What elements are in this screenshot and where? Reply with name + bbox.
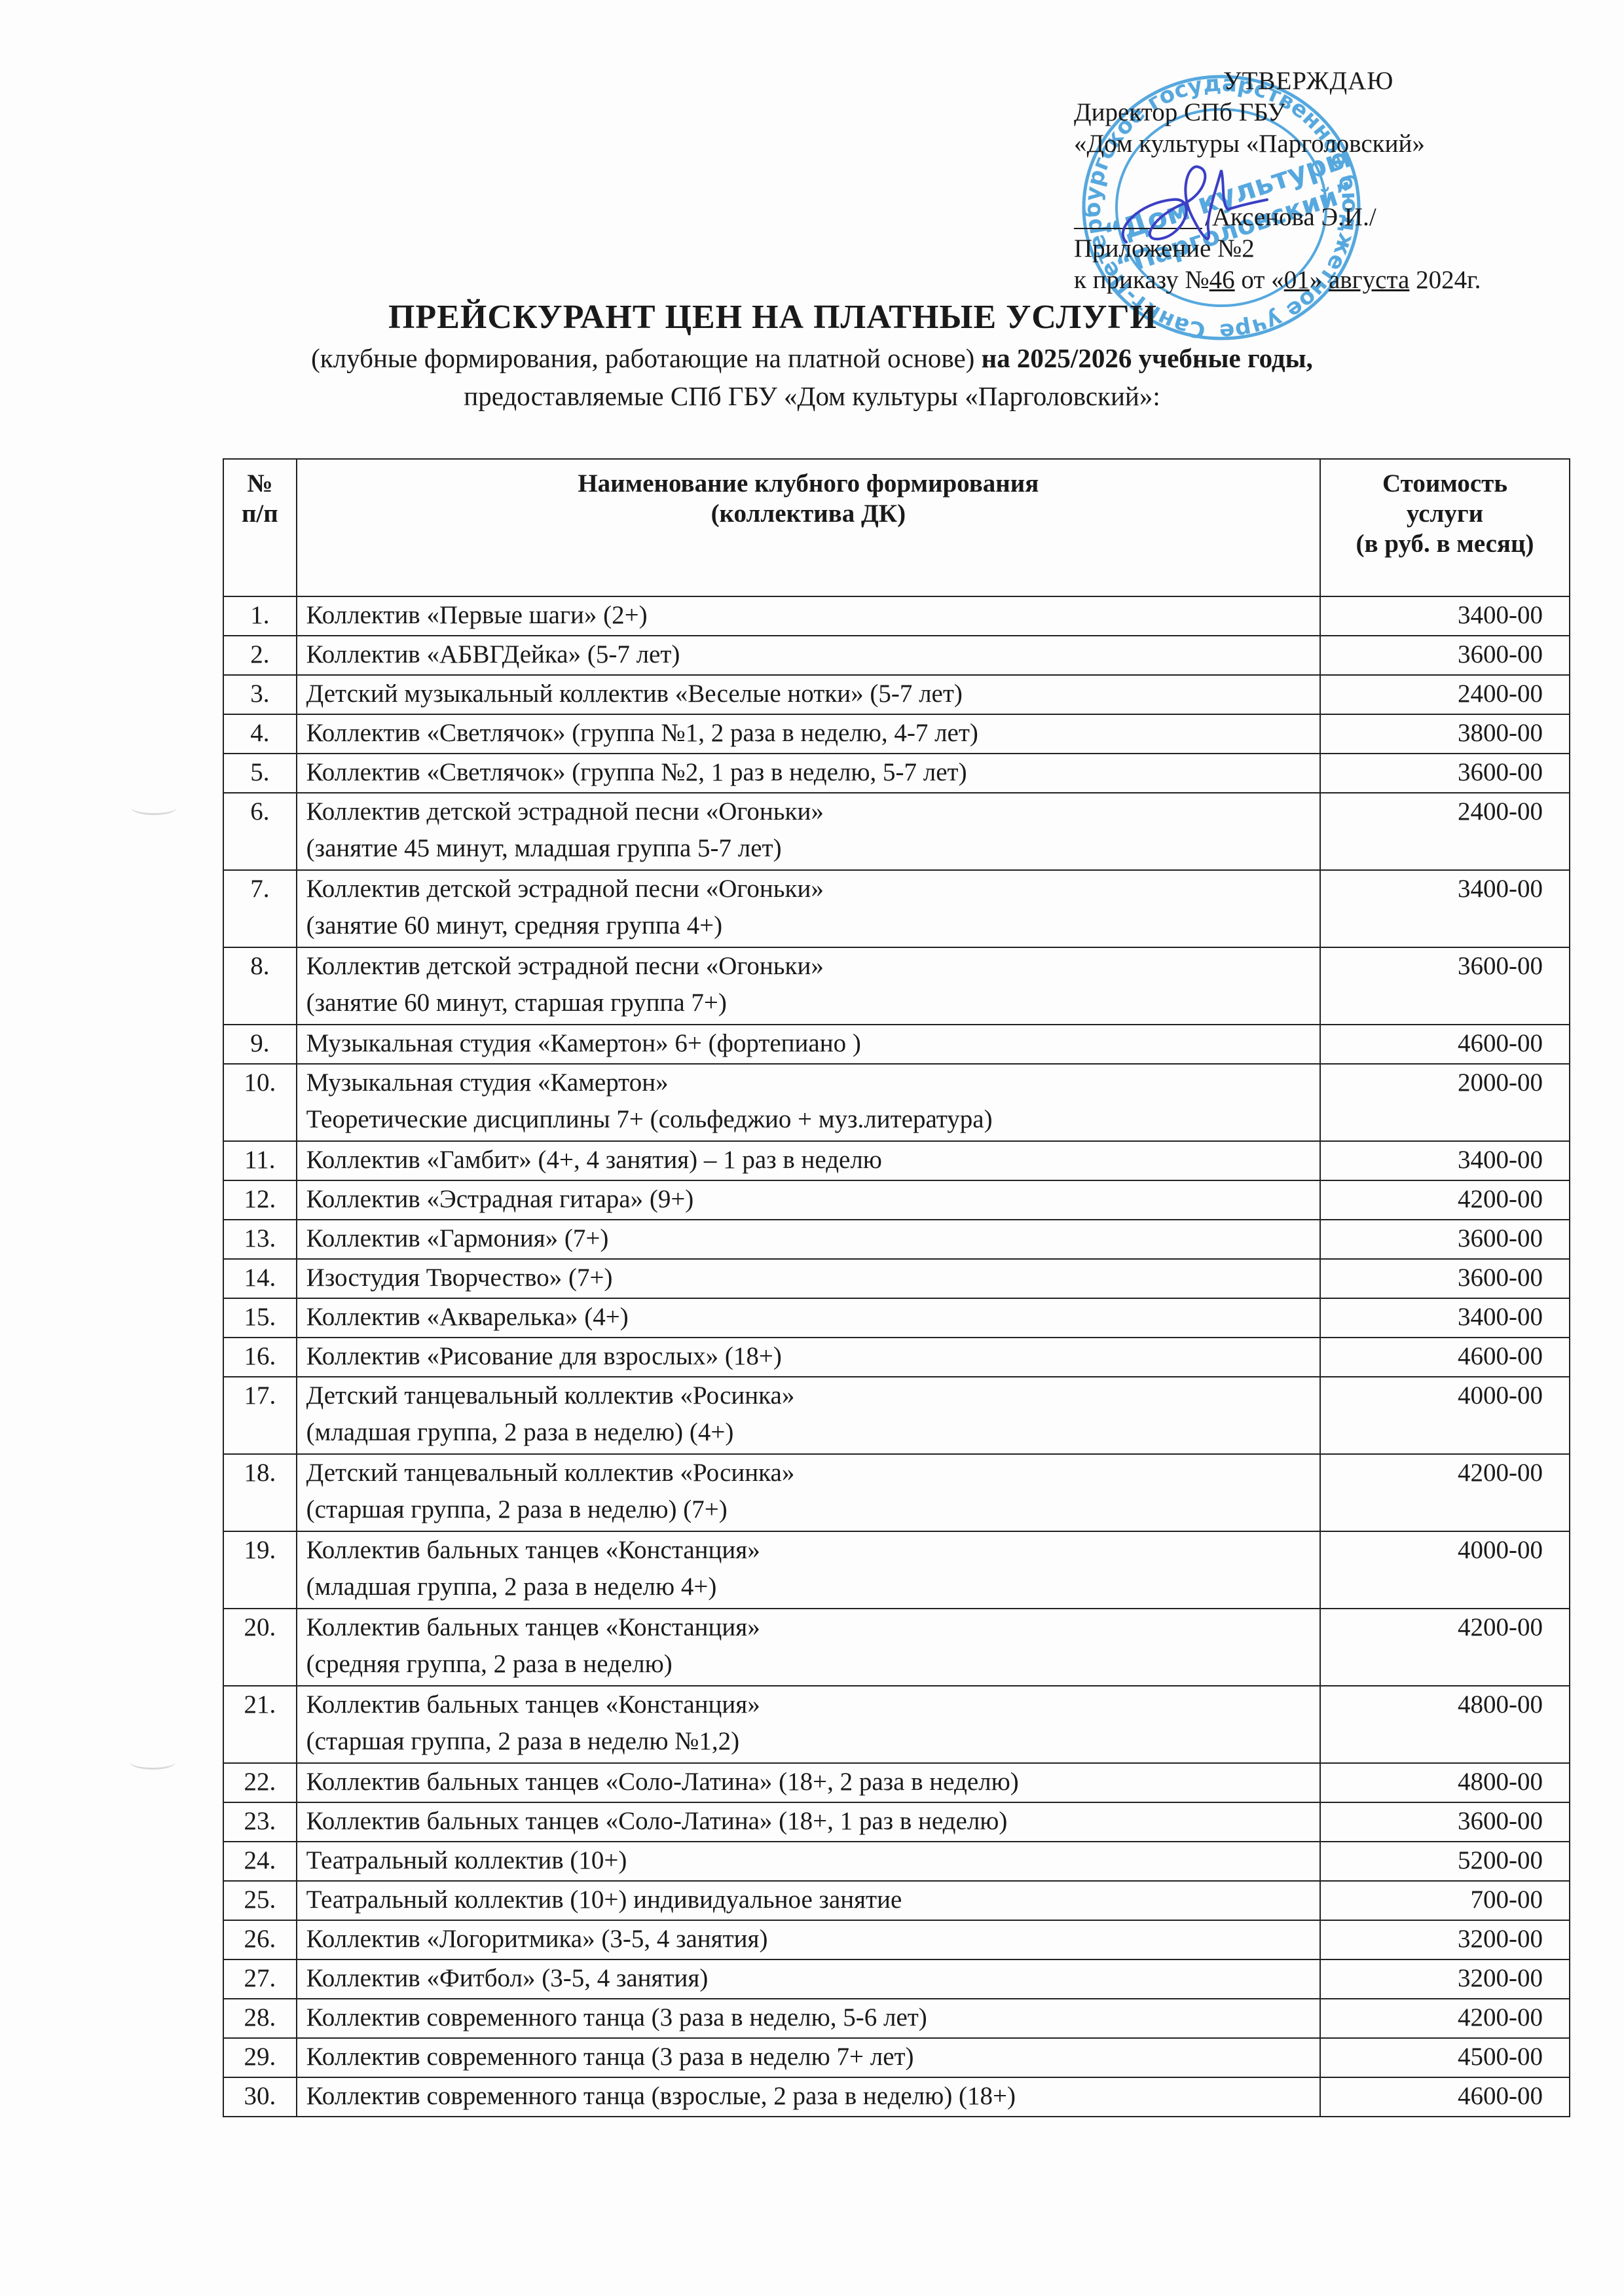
row-price: 2000-00 — [1320, 1064, 1570, 1141]
table-row: 5.Коллектив «Светлячок» (группа №2, 1 ра… — [223, 754, 1570, 793]
table-row: 29.Коллектив современного танца (3 раза … — [223, 2038, 1570, 2077]
row-price: 3600-00 — [1320, 1802, 1570, 1842]
row-number: 29. — [223, 2038, 297, 2077]
row-number: 21. — [223, 1686, 297, 1763]
row-price: 5200-00 — [1320, 1842, 1570, 1881]
row-name: Коллектив «Логоритмика» (3-5, 4 занятия) — [306, 1925, 768, 1953]
row-name: Музыкальная студия «Камертон» 6+ (фортеп… — [306, 1029, 861, 1057]
row-name-cell: Театральный коллектив (10+) — [297, 1842, 1320, 1881]
document-subtitle-line2: предоставляемые СПб ГБУ «Дом культуры «П… — [0, 377, 1624, 415]
row-number: 6. — [223, 793, 297, 870]
row-name-cell: Изостудия Творчество» (7+) — [297, 1259, 1320, 1298]
row-name: Коллектив бальных танцев «Соло-Латина» (… — [306, 1807, 1008, 1835]
row-name-detail: (средняя группа, 2 раза в неделю) — [306, 1646, 1319, 1683]
row-number: 24. — [223, 1842, 297, 1881]
row-name-cell: Коллектив «Светлячок» (группа №1, 2 раза… — [297, 714, 1320, 754]
order-number: 46 — [1209, 266, 1235, 294]
row-name-cell: Коллектив «Фитбол» (3-5, 4 занятия) — [297, 1959, 1320, 1999]
approval-position-line2: «Дом культуры «Парголовский» — [1074, 128, 1598, 160]
row-number: 1. — [223, 596, 297, 636]
row-name-cell: Коллектив бальных танцев «Констанция»(ср… — [297, 1609, 1320, 1686]
row-name-cell: Театральный коллектив (10+) индивидуальн… — [297, 1881, 1320, 1920]
table-row: 26.Коллектив «Логоритмика» (3-5, 4 занят… — [223, 1920, 1570, 1959]
table-row: 30.Коллектив современного танца (взрослы… — [223, 2077, 1570, 2117]
row-number: 12. — [223, 1180, 297, 1220]
table-row: 19.Коллектив бальных танцев «Констанция»… — [223, 1531, 1570, 1609]
row-price: 4200-00 — [1320, 1999, 1570, 2038]
row-number: 27. — [223, 1959, 297, 1999]
column-header-name: Наименование клубного формирования (колл… — [297, 459, 1320, 596]
row-name-cell: Коллектив «Гармония» (7+) — [297, 1220, 1320, 1259]
document-subtitle: (клубные формирования, работающие на пла… — [0, 339, 1624, 377]
row-price: 3400-00 — [1320, 1141, 1570, 1180]
table-body: 1.Коллектив «Первые шаги» (2+)3400-002.К… — [223, 596, 1570, 2117]
row-name-detail: (занятие 45 минут, младшая группа 5-7 ле… — [306, 830, 1319, 867]
row-price: 2400-00 — [1320, 675, 1570, 714]
table-row: 7.Коллектив детской эстрадной песни «Ого… — [223, 870, 1570, 947]
row-price: 3800-00 — [1320, 714, 1570, 754]
row-price: 4200-00 — [1320, 1454, 1570, 1531]
row-name-cell: Музыкальная студия «Камертон» 6+ (фортеп… — [297, 1025, 1320, 1064]
row-name: Коллектив «Светлячок» (группа №2, 1 раз … — [306, 758, 967, 786]
row-number: 4. — [223, 714, 297, 754]
table-row: 9.Музыкальная студия «Камертон» 6+ (форт… — [223, 1025, 1570, 1064]
row-name: Коллектив «Эстрадная гитара» (9+) — [306, 1185, 694, 1213]
row-number: 28. — [223, 1999, 297, 2038]
table-row: 16.Коллектив «Рисование для взрослых» (1… — [223, 1338, 1570, 1377]
punch-hole-top — [131, 800, 177, 815]
table-row: 23.Коллектив бальных танцев «Соло-Латина… — [223, 1802, 1570, 1842]
row-name: Коллектив бальных танцев «Соло-Латина» (… — [306, 1768, 1019, 1796]
row-number: 26. — [223, 1920, 297, 1959]
row-name-cell: Коллектив современного танца (3 раза в н… — [297, 2038, 1320, 2077]
table-row: 20.Коллектив бальных танцев «Констанция»… — [223, 1609, 1570, 1686]
row-price: 4200-00 — [1320, 1180, 1570, 1220]
row-number: 23. — [223, 1802, 297, 1842]
order-year: 2024г. — [1416, 266, 1481, 294]
table-header-row: № п/п Наименование клубного формирования… — [223, 459, 1570, 596]
table-row: 6.Коллектив детской эстрадной песни «Ого… — [223, 793, 1570, 870]
row-name-cell: Коллектив современного танца (взрослые, … — [297, 2077, 1320, 2117]
row-number: 17. — [223, 1377, 297, 1454]
approval-title: УТВЕРЖДАЮ — [1074, 65, 1598, 97]
row-price: 4200-00 — [1320, 1609, 1570, 1686]
row-name-detail: (младшая группа, 2 раза в неделю 4+) — [306, 1569, 1319, 1605]
punch-hole-bottom — [130, 1755, 175, 1770]
table-row: 3.Детский музыкальный коллектив «Веселые… — [223, 675, 1570, 714]
row-name: Коллектив «Фитбол» (3-5, 4 занятия) — [306, 1964, 709, 1992]
table-row: 10.Музыкальная студия «Камертон»Теоретич… — [223, 1064, 1570, 1141]
row-name: Коллектив детской эстрадной песни «Огонь… — [306, 875, 824, 903]
row-name-cell: Коллектив «Акварелька» (4+) — [297, 1298, 1320, 1338]
table-row: 28.Коллектив современного танца (3 раза … — [223, 1999, 1570, 2038]
column-header-number: № п/п — [223, 459, 297, 596]
row-price: 4600-00 — [1320, 1025, 1570, 1064]
row-number: 18. — [223, 1454, 297, 1531]
row-number: 9. — [223, 1025, 297, 1064]
row-name-detail: Теоретические дисциплины 7+ (сольфеджио … — [306, 1101, 1319, 1138]
row-name: Коллектив современного танца (3 раза в н… — [306, 2003, 927, 2032]
signature-icon — [1113, 164, 1270, 255]
row-name: Детский музыкальный коллектив «Веселые н… — [306, 680, 963, 708]
table-row: 14.Изостудия Творчество» (7+)3600-00 — [223, 1259, 1570, 1298]
row-number: 22. — [223, 1763, 297, 1802]
row-price: 4600-00 — [1320, 2077, 1570, 2117]
row-name-cell: Детский танцевальный коллектив «Росинка»… — [297, 1377, 1320, 1454]
row-name: Музыкальная студия «Камертон» — [306, 1068, 669, 1097]
row-name-cell: Коллектив бальных танцев «Констанция»(ст… — [297, 1686, 1320, 1763]
row-name: Коллектив «Первые шаги» (2+) — [306, 601, 648, 629]
row-name: Театральный коллектив (10+) — [306, 1846, 627, 1874]
row-price: 4600-00 — [1320, 1338, 1570, 1377]
row-name: Коллектив детской эстрадной песни «Огонь… — [306, 952, 824, 980]
row-name-cell: Коллектив «Гамбит» (4+, 4 занятия) – 1 р… — [297, 1141, 1320, 1180]
table-row: 21.Коллектив бальных танцев «Констанция»… — [223, 1686, 1570, 1763]
order-day: 01 — [1284, 266, 1310, 294]
row-price: 3600-00 — [1320, 1259, 1570, 1298]
row-name: Коллектив «Рисование для взрослых» (18+) — [306, 1342, 782, 1370]
row-name-cell: Коллектив детской эстрадной песни «Огонь… — [297, 947, 1320, 1025]
table-row: 25.Театральный коллектив (10+) индивидуа… — [223, 1881, 1570, 1920]
table-row: 17.Детский танцевальный коллектив «Росин… — [223, 1377, 1570, 1454]
row-name: Театральный коллектив (10+) индивидуальн… — [306, 1886, 902, 1914]
row-number: 2. — [223, 636, 297, 675]
row-number: 8. — [223, 947, 297, 1025]
row-name: Коллектив «Гармония» (7+) — [306, 1224, 609, 1252]
row-number: 20. — [223, 1609, 297, 1686]
column-header-price: Стоимость услуги (в руб. в месяц) — [1320, 459, 1570, 596]
row-number: 3. — [223, 675, 297, 714]
row-price: 4000-00 — [1320, 1377, 1570, 1454]
table-row: 11.Коллектив «Гамбит» (4+, 4 занятия) – … — [223, 1141, 1570, 1180]
row-price: 3600-00 — [1320, 754, 1570, 793]
table-row: 22.Коллектив бальных танцев «Соло-Латина… — [223, 1763, 1570, 1802]
row-price: 4800-00 — [1320, 1763, 1570, 1802]
row-name-cell: Коллектив детской эстрадной песни «Огонь… — [297, 870, 1320, 947]
row-name-cell: Коллектив современного танца (3 раза в н… — [297, 1999, 1320, 2038]
row-price: 3200-00 — [1320, 1920, 1570, 1959]
row-number: 14. — [223, 1259, 297, 1298]
row-number: 11. — [223, 1141, 297, 1180]
row-number: 13. — [223, 1220, 297, 1259]
row-price: 3400-00 — [1320, 870, 1570, 947]
row-name: Изостудия Творчество» (7+) — [306, 1264, 613, 1292]
document-title: ПРЕЙСКУРАНТ ЦЕН НА ПЛАТНЫЕ УСЛУГИ — [0, 296, 1624, 339]
row-number: 7. — [223, 870, 297, 947]
row-price: 4500-00 — [1320, 2038, 1570, 2077]
row-name: Коллектив детской эстрадной песни «Огонь… — [306, 797, 824, 826]
row-name: Коллектив бальных танцев «Констанция» — [306, 1613, 760, 1641]
row-name-cell: Коллектив бальных танцев «Констанция»(мл… — [297, 1531, 1320, 1609]
row-price: 3600-00 — [1320, 1220, 1570, 1259]
row-name: Коллектив «Светлячок» (группа №1, 2 раза… — [306, 719, 978, 747]
table-row: 12.Коллектив «Эстрадная гитара» (9+)4200… — [223, 1180, 1570, 1220]
row-name-detail: (младшая группа, 2 раза в неделю) (4+) — [306, 1414, 1319, 1451]
table-row: 15.Коллектив «Акварелька» (4+)3400-00 — [223, 1298, 1570, 1338]
row-price: 2400-00 — [1320, 793, 1570, 870]
row-price: 3400-00 — [1320, 596, 1570, 636]
row-name: Коллектив современного танца (взрослые, … — [306, 2082, 1016, 2110]
row-number: 15. — [223, 1298, 297, 1338]
document-page: Санкт-Петербургское государственное бюдж… — [0, 0, 1624, 2296]
row-name-cell: Коллектив «Первые шаги» (2+) — [297, 596, 1320, 636]
table-row: 24.Театральный коллектив (10+)5200-00 — [223, 1842, 1570, 1881]
row-name: Коллектив бальных танцев «Констанция» — [306, 1536, 760, 1564]
row-name-cell: Коллектив «Эстрадная гитара» (9+) — [297, 1180, 1320, 1220]
row-name-cell: Детский музыкальный коллектив «Веселые н… — [297, 675, 1320, 714]
row-price: 4000-00 — [1320, 1531, 1570, 1609]
row-name: Детский танцевальный коллектив «Росинка» — [306, 1381, 795, 1410]
price-table: № п/п Наименование клубного формирования… — [223, 458, 1570, 2117]
document-header: ПРЕЙСКУРАНТ ЦЕН НА ПЛАТНЫЕ УСЛУГИ (клубн… — [0, 296, 1624, 415]
row-name-detail: (занятие 60 минут, средняя группа 4+) — [306, 907, 1319, 944]
row-price: 4800-00 — [1320, 1686, 1570, 1763]
row-name-cell: Коллектив «АБВГДейка» (5-7 лет) — [297, 636, 1320, 675]
row-name-detail: (занятие 60 минут, старшая группа 7+) — [306, 985, 1319, 1021]
row-name: Коллектив бальных танцев «Констанция» — [306, 1690, 760, 1719]
row-number: 10. — [223, 1064, 297, 1141]
order-month: августа — [1329, 266, 1409, 294]
row-name-cell: Коллектив «Логоритмика» (3-5, 4 занятия) — [297, 1920, 1320, 1959]
row-name-detail: (старшая группа, 2 раза в неделю №1,2) — [306, 1723, 1319, 1760]
row-price: 3200-00 — [1320, 1959, 1570, 1999]
row-name-cell: Детский танцевальный коллектив «Росинка»… — [297, 1454, 1320, 1531]
order-reference: к приказу №46 от «01» августа 2024г. — [1074, 264, 1598, 296]
approval-position-line1: Директор СПб ГБУ — [1074, 97, 1598, 128]
row-name-detail: (старшая группа, 2 раза в неделю) (7+) — [306, 1491, 1319, 1528]
table-row: 18.Детский танцевальный коллектив «Росин… — [223, 1454, 1570, 1531]
row-price: 3600-00 — [1320, 636, 1570, 675]
row-price: 3400-00 — [1320, 1298, 1570, 1338]
row-name-cell: Коллектив бальных танцев «Соло-Латина» (… — [297, 1802, 1320, 1842]
row-number: 19. — [223, 1531, 297, 1609]
table-row: 4.Коллектив «Светлячок» (группа №1, 2 ра… — [223, 714, 1570, 754]
row-name-cell: Коллектив «Светлячок» (группа №2, 1 раз … — [297, 754, 1320, 793]
row-number: 30. — [223, 2077, 297, 2117]
row-name-cell: Коллектив детской эстрадной песни «Огонь… — [297, 793, 1320, 870]
row-number: 5. — [223, 754, 297, 793]
table-row: 27.Коллектив «Фитбол» (3-5, 4 занятия)32… — [223, 1959, 1570, 1999]
row-name: Коллектив «Акварелька» (4+) — [306, 1303, 629, 1331]
table-row: 13.Коллектив «Гармония» (7+)3600-00 — [223, 1220, 1570, 1259]
table-row: 8.Коллектив детской эстрадной песни «Ого… — [223, 947, 1570, 1025]
table-row: 2.Коллектив «АБВГДейка» (5-7 лет)3600-00 — [223, 636, 1570, 675]
row-name: Коллектив «АБВГДейка» (5-7 лет) — [306, 640, 680, 668]
row-number: 25. — [223, 1881, 297, 1920]
row-name-cell: Музыкальная студия «Камертон»Теоретическ… — [297, 1064, 1320, 1141]
row-name-cell: Коллектив бальных танцев «Соло-Латина» (… — [297, 1763, 1320, 1802]
row-name: Коллектив современного танца (3 раза в н… — [306, 2043, 914, 2071]
row-name: Детский танцевальный коллектив «Росинка» — [306, 1459, 795, 1487]
row-price: 3600-00 — [1320, 947, 1570, 1025]
row-number: 16. — [223, 1338, 297, 1377]
table-row: 1.Коллектив «Первые шаги» (2+)3400-00 — [223, 596, 1570, 636]
row-name-cell: Коллектив «Рисование для взрослых» (18+) — [297, 1338, 1320, 1377]
row-name: Коллектив «Гамбит» (4+, 4 занятия) – 1 р… — [306, 1146, 882, 1174]
row-price: 700-00 — [1320, 1881, 1570, 1920]
